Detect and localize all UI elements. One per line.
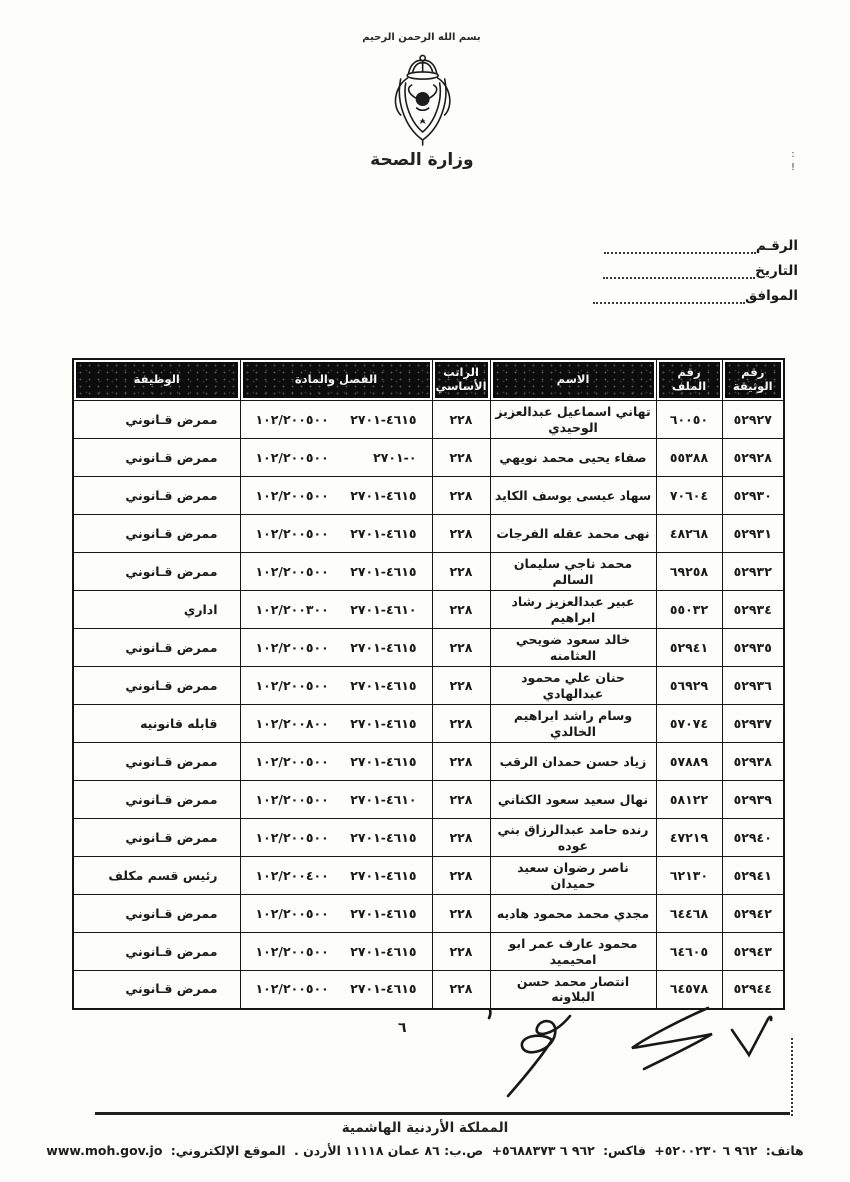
cell-name: عبير عبدالعزيز رشاد ابراهيم [490,591,656,629]
cell-salary: ٢٢٨ [432,553,490,591]
article-code-right: ٤٦١٥-٢٧٠١ [350,716,416,732]
cell-name: نهى محمد عقله الفرجات [490,515,656,553]
table-row: ٥٢٩٤٣ ٦٤٦٠٥ محمود عارف عمر ابو امحيميد ٢… [73,933,784,971]
cell-salary: ٢٢٨ [432,781,490,819]
table-row: ٥٢٩٣٦ ٥٦٩٢٩ حنان علي محمود عبدالهادي ٢٢٨… [73,667,784,705]
cell-salary: ٢٢٨ [432,933,490,971]
cell-doc-no: ٥٢٩٢٧ [722,401,784,439]
cell-salary: ٢٢٨ [432,667,490,705]
cell-article: ١٠٢/٢٠٠٣٠٠ ٤٦١٠-٢٧٠١ [240,591,432,629]
cell-doc-no: ٥٢٩٣٩ [722,781,784,819]
agreed-label: الموافق [745,288,798,304]
col-header-article: الفصل والمادة [240,359,432,401]
cell-salary: ٢٢٨ [432,895,490,933]
date-label: التاريخ [755,263,798,279]
article-code-right: ٤٦١٥-٢٧٠١ [350,981,416,997]
cell-article: ١٠٢/٢٠٠٥٠٠ ٤٦١٥-٢٧٠١ [240,819,432,857]
cell-name: مجدي محمد محمود هاديه [490,895,656,933]
cell-file-no: ٦٠٠٥٠ [656,401,722,439]
cell-salary: ٢٢٨ [432,515,490,553]
article-code-right: ٤٦١٥-٢٧٠١ [350,754,416,770]
article-code-left: ١٠٢/٢٠٠٥٠٠ [256,944,329,960]
cell-salary: ٢٢٨ [432,401,490,439]
col-header-doc-no: رقم الوثيقة [722,359,784,401]
table-row: ٥٢٩٢٧ ٦٠٠٥٠ تهاني اسماعيل عبدالعزيز الوح… [73,401,784,439]
ref-row-number: الرقـم [591,238,798,254]
cell-doc-no: ٥٢٩٣٠ [722,477,784,515]
agreed-dotted-line [593,288,745,304]
article-code-left: ١٠٢/٢٠٠٨٠٠ [256,716,329,732]
article-code-right: ٤٦١٥-٢٧٠١ [350,412,416,428]
cell-article: ١٠٢/٢٠٠٥٠٠ ٤٦١٥-٢٧٠١ [240,401,432,439]
cell-file-no: ٥٦٩٢٩ [656,667,722,705]
cell-doc-no: ٥٢٩٢٨ [722,439,784,477]
cell-doc-no: ٥٢٩٤٠ [722,819,784,857]
cell-file-no: ٤٨٢٦٨ [656,515,722,553]
bismillah-calligraphy: بسم الله الرحمن الرحيم [362,32,480,43]
cell-name: وسام راشد ابراهيم الخالدي [490,705,656,743]
article-code-left: ١٠٢/٢٠٠٤٠٠ [256,868,329,884]
article-code-right: ٤٦١٠-٢٧٠١ [350,602,416,618]
article-code-left: ١٠٢/٢٠٠٥٠٠ [256,640,329,656]
article-code-left: ١٠٢/٢٠٠٥٠٠ [256,450,329,466]
cell-article: ١٠٢/٢٠٠٥٠٠ ٤٦١٠-٢٧٠١ [240,781,432,819]
website-url: www.moh.gov.jo [46,1143,162,1158]
article-code-left: ١٠٢/٢٠٠٥٠٠ [256,792,329,808]
page-number: ٦ [398,1020,407,1036]
cell-doc-no: ٥٢٩٣٦ [722,667,784,705]
article-code-right: ٤٦١٥-٢٧٠١ [350,830,416,846]
cell-name: محمد ناجي سليمان السالم [490,553,656,591]
jordan-royal-crest-icon [384,52,462,152]
cell-doc-no: ٥٢٩٣٥ [722,629,784,667]
cell-name: تهاني اسماعيل عبدالعزيز الوحيدي [490,401,656,439]
article-code-right: ٤٦١٥-٢٧٠١ [350,906,416,922]
cell-job: ممرض قـانوني [73,629,240,667]
handwritten-signatures [450,992,810,1106]
cell-file-no: ٧٠٦٠٤ [656,477,722,515]
cell-doc-no: ٥٢٩٣٢ [722,553,784,591]
cell-job: ممرض قـانوني [73,477,240,515]
ref-row-agreed: الموافق [591,288,798,304]
cell-name: ناصر رضوان سعيد حميدان [490,857,656,895]
cell-salary: ٢٢٨ [432,743,490,781]
footer-divider [95,1112,790,1115]
article-code-right: ٠-٢٧٠١ [373,450,416,466]
table-row: ٥٢٩٣٤ ٥٥٠٣٢ عبير عبدالعزيز رشاد ابراهيم … [73,591,784,629]
employees-table-wrap: رقم الوثيقة رقم الملف الاسم الراتب الأسا… [72,358,785,1010]
cell-article: ١٠٢/٢٠٠٤٠٠ ٤٦١٥-٢٧٠١ [240,857,432,895]
table-row: ٥٢٩٣٥ ٥٢٩٤١ خالد سعود ضويحي العثامنه ٢٢٨… [73,629,784,667]
kingdom-title: المملكة الأردنية الهاشمية [0,1120,850,1136]
article-code-left: ١٠٢/٢٠٠٥٠٠ [256,488,329,504]
ref-row-date: التاريخ [591,263,798,279]
cell-article: ١٠٢/٢٠٠٥٠٠ ٤٦١٥-٢٧٠١ [240,553,432,591]
fax-label: فاكس: [603,1143,646,1158]
table-row: ٥٢٩٢٨ ٥٥٣٨٨ صفاء يحيى محمد نويهي ٢٢٨ ١٠٢… [73,439,784,477]
cell-article: ١٠٢/٢٠٠٨٠٠ ٤٦١٥-٢٧٠١ [240,705,432,743]
table-row: ٥٢٩٣٨ ٥٧٨٨٩ زياد حسن حمدان الرقب ٢٢٨ ١٠٢… [73,743,784,781]
employees-table: رقم الوثيقة رقم الملف الاسم الراتب الأسا… [72,358,785,1010]
cell-doc-no: ٥٢٩٤٣ [722,933,784,971]
article-code-left: ١٠٢/٢٠٠٥٠٠ [256,906,329,922]
article-code-left: ١٠٢/٢٠٠٥٠٠ [256,830,329,846]
reference-fields: الرقـم التاريخ الموافق [591,238,798,304]
cell-file-no: ٥٥٠٣٢ [656,591,722,629]
cell-job: ممرض قـانوني [73,515,240,553]
cell-name: حنان علي محمود عبدالهادي [490,667,656,705]
cell-file-no: ٥٧٠٧٤ [656,705,722,743]
cell-job: ممرض قـانوني [73,553,240,591]
number-label: الرقـم [756,238,798,254]
article-code-left: ١٠٢/٢٠٠٥٠٠ [256,526,329,542]
article-code-right: ٤٦١٥-٢٧٠١ [350,564,416,580]
cell-name: خالد سعود ضويحي العثامنه [490,629,656,667]
article-code-right: ٤٦١٥-٢٧٠١ [350,944,416,960]
table-body: ٥٢٩٢٧ ٦٠٠٥٠ تهاني اسماعيل عبدالعزيز الوح… [73,401,784,1009]
article-code-left: ١٠٢/٢٠٠٥٠٠ [256,412,329,428]
cell-doc-no: ٥٢٩٣٧ [722,705,784,743]
article-code-left: ١٠٢/٢٠٠٥٠٠ [256,678,329,694]
cell-salary: ٢٢٨ [432,629,490,667]
table-row: ٥٢٩٣١ ٤٨٢٦٨ نهى محمد عقله الفرجات ٢٢٨ ١٠… [73,515,784,553]
article-code-right: ٤٦١٥-٢٧٠١ [350,678,416,694]
article-code-left: ١٠٢/٢٠٠٥٠٠ [256,754,329,770]
cell-job: ممرض قـانوني [73,743,240,781]
article-code-right: ٤٦١٥-٢٧٠١ [350,526,416,542]
cell-name: سهاد عيسى يوسف الكايد [490,477,656,515]
table-row: ٥٢٩٣٠ ٧٠٦٠٤ سهاد عيسى يوسف الكايد ٢٢٨ ١٠… [73,477,784,515]
cell-file-no: ٥٥٣٨٨ [656,439,722,477]
cell-article: ١٠٢/٢٠٠٥٠٠ ٤٦١٥-٢٧٠١ [240,933,432,971]
cell-article: ١٠٢/٢٠٠٥٠٠ ٤٦١٥-٢٧٠١ [240,667,432,705]
table-row: ٥٢٩٣٩ ٥٨١٢٢ نهال سعيد سعود الكناني ٢٢٨ ١… [73,781,784,819]
cell-job: ممرض قـانوني [73,971,240,1009]
cell-name: نهال سعيد سعود الكناني [490,781,656,819]
date-dotted-line [603,263,755,279]
cell-article: ١٠٢/٢٠٠٥٠٠ ٤٦١٥-٢٧٠١ [240,477,432,515]
article-code-left: ١٠٢/٢٠٠٥٠٠ [256,981,329,997]
cell-article: ١٠٢/٢٠٠٥٠٠ ٤٦١٥-٢٧٠١ [240,895,432,933]
ministry-name-calligraphy: وزارة الصحة [370,150,473,170]
scanned-document-page: بسم الله الرحمن الرحيم وزارة الصحة :! ال [0,0,850,1182]
col-header-file-no: رقم الملف [656,359,722,401]
cell-job: اداري [73,591,240,629]
cell-file-no: ٦٤٤٦٨ [656,895,722,933]
cell-job: ممرض قـانوني [73,439,240,477]
cell-name: زياد حسن حمدان الرقب [490,743,656,781]
col-header-job: الوظيفة [73,359,240,401]
website-label: الموقع الإلكتروني: [171,1143,286,1158]
cell-name: محمود عارف عمر ابو امحيميد [490,933,656,971]
cell-article: ١٠٢/٢٠٠٥٠٠ ٤٦١٥-٢٧٠١ [240,743,432,781]
cell-file-no: ٥٨١٢٢ [656,781,722,819]
article-code-left: ١٠٢/٢٠٠٥٠٠ [256,564,329,580]
cell-job: ممرض قـانوني [73,933,240,971]
phone-number: +٩٦٢ ٦ ٥٢٠٠٢٣٠ [654,1143,757,1158]
cell-file-no: ٦٢١٣٠ [656,857,722,895]
cell-file-no: ٦٩٢٥٨ [656,553,722,591]
cell-salary: ٢٢٨ [432,857,490,895]
phone-label: هاتف: [766,1143,804,1158]
article-code-left: ١٠٢/٢٠٠٣٠٠ [256,602,329,618]
cell-salary: ٢٢٨ [432,477,490,515]
cell-doc-no: ٥٢٩٤٢ [722,895,784,933]
cell-file-no: ٤٧٢١٩ [656,819,722,857]
cell-article: ١٠٢/٢٠٠٥٠٠ ٠-٢٧٠١ [240,439,432,477]
cell-name: رنده حامد عبدالرزاق بني عوده [490,819,656,857]
fax-number: +٩٦٢ ٦ ٥٦٨٨٣٧٣ [492,1143,595,1158]
cell-doc-no: ٥٢٩٣٨ [722,743,784,781]
cell-doc-no: ٥٢٩٣٤ [722,591,784,629]
table-row: ٥٢٩٤٢ ٦٤٤٦٨ مجدي محمد محمود هاديه ٢٢٨ ١٠… [73,895,784,933]
cell-job: ممرض قـانوني [73,895,240,933]
cell-doc-no: ٥٢٩٤١ [722,857,784,895]
number-dotted-line [604,238,756,254]
cell-file-no: ٥٧٨٨٩ [656,743,722,781]
article-code-right: ٤٦١٠-٢٧٠١ [350,792,416,808]
col-header-name: الاسم [490,359,656,401]
cell-salary: ٢٢٨ [432,591,490,629]
cell-file-no: ٦٤٦٠٥ [656,933,722,971]
table-header-row: رقم الوثيقة رقم الملف الاسم الراتب الأسا… [73,359,784,401]
cell-salary: ٢٢٨ [432,705,490,743]
cell-salary: ٢٢٨ [432,439,490,477]
pobox-text: ص.ب: ٨٦ عمان ١١١١٨ الأردن . [294,1143,483,1158]
cell-name: صفاء يحيى محمد نويهي [490,439,656,477]
cell-doc-no: ٥٢٩٣١ [722,515,784,553]
cell-article: ١٠٢/٢٠٠٥٠٠ ٤٦١٥-٢٧٠١ [240,971,432,1009]
cell-job: رئيس قسم مكلف [73,857,240,895]
cell-salary: ٢٢٨ [432,819,490,857]
article-code-right: ٤٦١٥-٢٧٠١ [350,868,416,884]
cell-article: ١٠٢/٢٠٠٥٠٠ ٤٦١٥-٢٧٠١ [240,515,432,553]
cell-file-no: ٥٢٩٤١ [656,629,722,667]
cell-job: ممرض قـانوني [73,667,240,705]
table-row: ٥٢٩٤١ ٦٢١٣٠ ناصر رضوان سعيد حميدان ٢٢٨ ١… [73,857,784,895]
cell-job: ممرض قـانوني [73,819,240,857]
cell-job: قابله قانونيه [73,705,240,743]
scan-dotted-line [791,1038,793,1116]
cell-job: ممرض قـانوني [73,781,240,819]
table-row: ٥٢٩٣٢ ٦٩٢٥٨ محمد ناجي سليمان السالم ٢٢٨ … [73,553,784,591]
col-header-salary: الراتب الأساسي [432,359,490,401]
cell-job: ممرض قـانوني [73,401,240,439]
scan-artifact-marks: :! [791,148,795,174]
cell-article: ١٠٢/٢٠٠٥٠٠ ٤٦١٥-٢٧٠١ [240,629,432,667]
article-code-right: ٤٦١٥-٢٧٠١ [350,488,416,504]
table-row: ٥٢٩٣٧ ٥٧٠٧٤ وسام راشد ابراهيم الخالدي ٢٢… [73,705,784,743]
table-row: ٥٢٩٤٠ ٤٧٢١٩ رنده حامد عبدالرزاق بني عوده… [73,819,784,857]
article-code-right: ٤٦١٥-٢٧٠١ [350,640,416,656]
footer-contact-line: هاتف: +٩٦٢ ٦ ٥٢٠٠٢٣٠ فاكس: +٩٦٢ ٦ ٥٦٨٨٣٧… [0,1143,850,1158]
